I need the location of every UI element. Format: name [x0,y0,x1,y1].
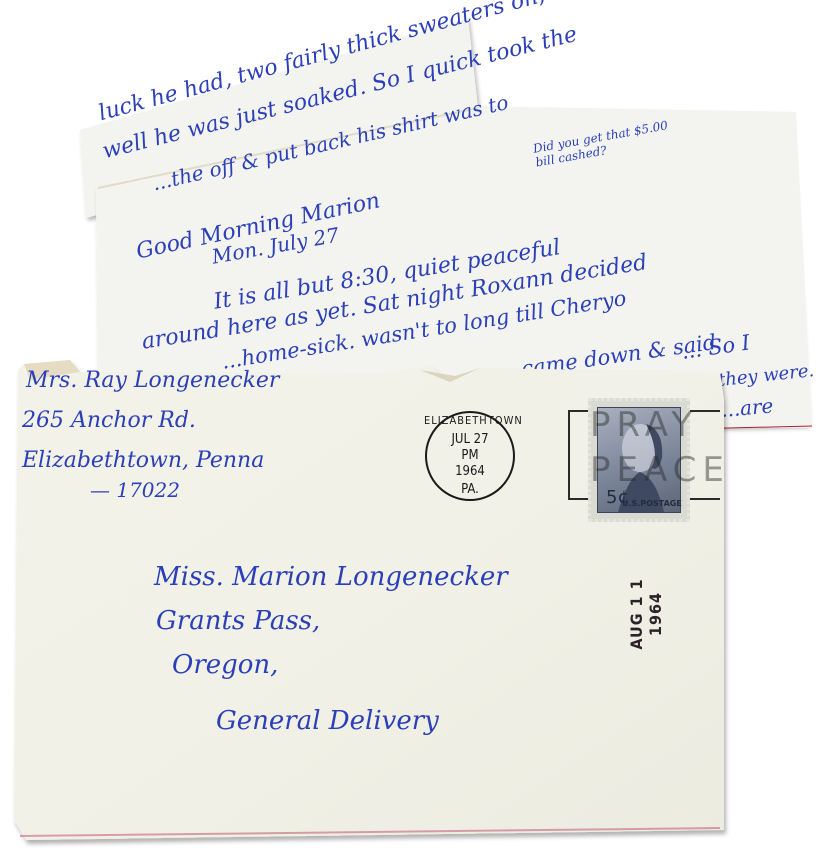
return-address-city: Elizabethtown, Penna [22,448,264,473]
return-address-zip: — 17022 [90,478,180,502]
received-date-text: AUG 1 1 1964 [627,554,665,674]
stamp-label: U.S.POSTAGE [622,499,682,508]
postmark-state: PA. [424,482,516,497]
return-address-street: 265 Anchor Rd. [22,408,196,433]
postmark: ELIZABETHTOWN JUL 27 PM 1964 PA. [424,410,516,502]
slogan-bottom: PEACE [590,450,730,490]
postmark-year: 1964 [424,464,516,479]
postmark-time: PM [424,448,516,463]
return-address-name: Mrs. Ray Longenecker [26,368,279,393]
recipient-name: Miss. Marion Longenecker [154,562,508,592]
postmark-city: ELIZABETHTOWN [424,414,516,427]
recipient-city: Grants Pass, [156,606,320,636]
received-date-stamp: AUG 1 1 1964 [634,545,658,665]
slogan-top: PRAY [590,405,698,445]
recipient-state: Oregon, [172,650,278,680]
recipient-note: General Delivery [216,706,439,736]
postmark-date: JUL 27 [424,432,516,447]
